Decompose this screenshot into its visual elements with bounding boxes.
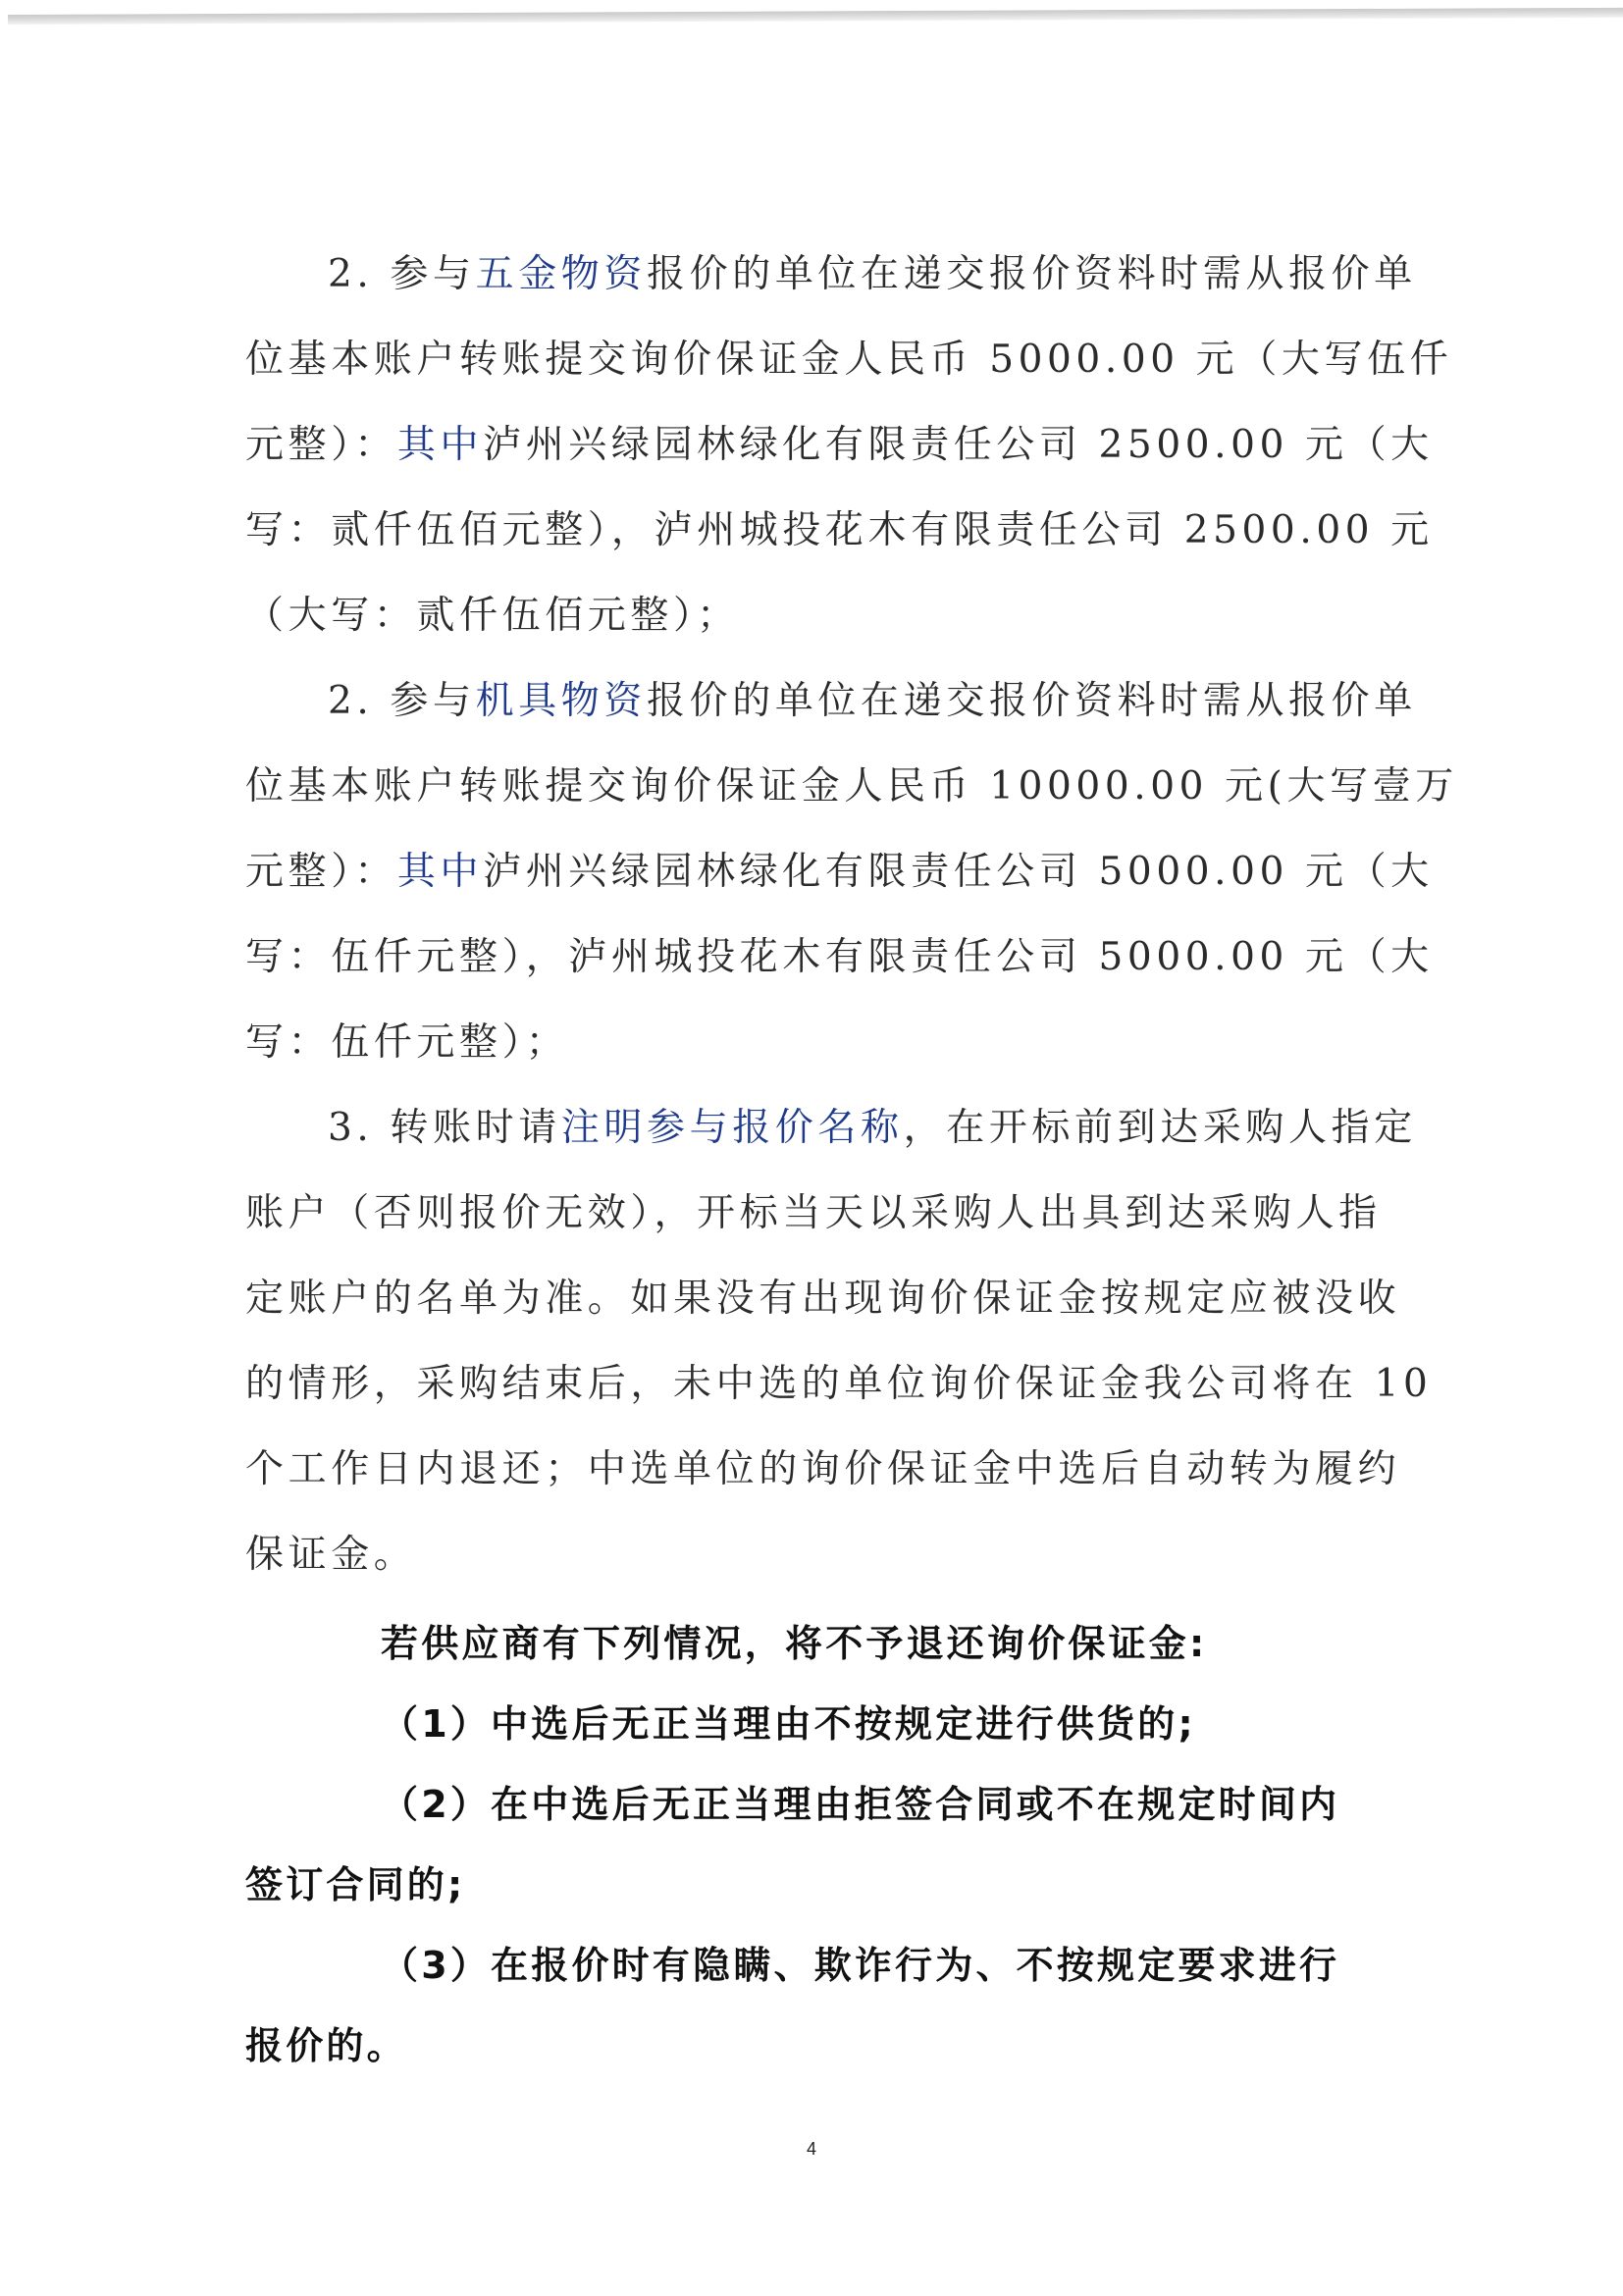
text-line: 位基本账户转账提交询价保证金人民币 5000.00 元（大写伍仟 <box>245 317 1386 402</box>
highlighted-term: 注明参与报价名称 <box>561 1106 904 1150</box>
text-line: 个工作日内退还；中选单位的询价保证金中选后自动转为履约 <box>245 1427 1386 1512</box>
text-line: 位基本账户转账提交询价保证金人民币 10000.00 元(大写壹万 <box>245 744 1386 829</box>
text-line: 的情形，采购结束后，未中选的单位询价保证金我公司将在 10 <box>245 1341 1386 1427</box>
highlighted-term: 机具物资 <box>476 679 647 723</box>
text-line: 写：贰仟伍佰元整），泸州城投花木有限责任公司 2500.00 元 <box>245 488 1386 573</box>
text-line: 元整）：其中泸州兴绿园林绿化有限责任公司 2500.00 元（大 <box>245 402 1386 488</box>
highlighted-term: 其中 <box>397 850 483 894</box>
page-number: 4 <box>0 2139 1623 2160</box>
condition-item-2: （2）在中选后无正当理由拒签合同或不在规定时间内 <box>245 1764 1386 1845</box>
paragraph-transfer-instructions: 3. 转账时请注明参与报价名称，在开标前到达采购人指定 账户（否则报价无效），开… <box>245 1085 1386 1597</box>
condition-item-2-continued: 签订合同的; <box>245 1845 1386 1925</box>
forfeit-conditions-section: 若供应商有下列情况，将不予退还询价保证金: （1）中选后无正当理由不按规定进行供… <box>245 1603 1386 2086</box>
paragraph-machinery-deposit: 2. 参与机具物资报价的单位在递交报价资料时需从报价单 位基本账户转账提交询价保… <box>245 658 1386 1085</box>
section-heading: 若供应商有下列情况，将不予退还询价保证金: <box>245 1603 1386 1684</box>
condition-item-3-continued: 报价的。 <box>245 2006 1386 2086</box>
text-line: 2. 参与五金物资报价的单位在递交报价资料时需从报价单 <box>245 232 1386 317</box>
condition-item-3: （3）在报价时有隐瞒、欺诈行为、不按规定要求进行 <box>245 1925 1386 2006</box>
document-page: 2. 参与五金物资报价的单位在递交报价资料时需从报价单 位基本账户转账提交询价保… <box>245 232 1386 2086</box>
text-line: （大写：贰仟伍佰元整）； <box>245 573 1386 658</box>
paragraph-hardware-deposit: 2. 参与五金物资报价的单位在递交报价资料时需从报价单 位基本账户转账提交询价保… <box>245 232 1386 658</box>
text-line: 保证金。 <box>245 1512 1386 1597</box>
text-line: 定账户的名单为准。如果没有出现询价保证金按规定应被没收 <box>245 1256 1386 1341</box>
text-line: 写：伍仟元整），泸州城投花木有限责任公司 5000.00 元（大 <box>245 914 1386 1000</box>
highlighted-term: 其中 <box>397 423 483 467</box>
highlighted-term: 五金物资 <box>476 252 647 296</box>
text-line: 元整）：其中泸州兴绿园林绿化有限责任公司 5000.00 元（大 <box>245 829 1386 914</box>
text-line: 3. 转账时请注明参与报价名称，在开标前到达采购人指定 <box>245 1085 1386 1171</box>
text-line: 2. 参与机具物资报价的单位在递交报价资料时需从报价单 <box>245 658 1386 744</box>
scan-top-edge <box>8 8 1623 25</box>
text-line: 写：伍仟元整）； <box>245 1000 1386 1085</box>
text-line: 账户（否则报价无效），开标当天以采购人出具到达采购人指 <box>245 1171 1386 1256</box>
condition-item-1: （1）中选后无正当理由不按规定进行供货的; <box>245 1684 1386 1764</box>
